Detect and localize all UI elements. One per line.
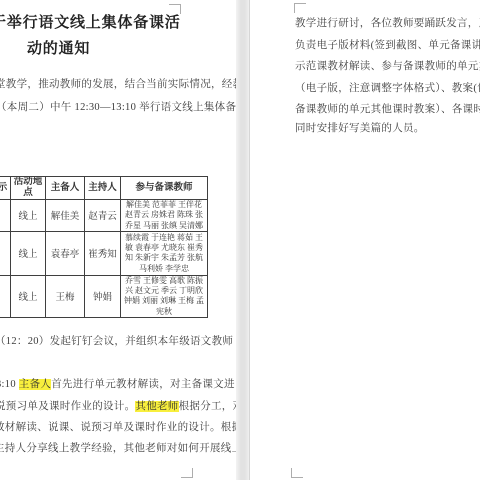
table-header-row: 示 活动地点 主备人 主持人 参与备课教师: [0, 177, 208, 200]
margin-cropmark-right-page-bottom: [291, 468, 303, 478]
table-header-host: 主持人: [85, 177, 121, 200]
table-header-preparer: 主备人: [46, 177, 85, 200]
page-gap: [236, 0, 250, 480]
table-cell-clipped: [0, 200, 11, 232]
paragraph-other-teachers: 说预习单及课时作业的设计。其他老师根据分工，对: [0, 398, 236, 413]
margin-cropmark-left-page-top: [169, 4, 181, 14]
table-cell-clipped: [0, 231, 11, 275]
cell-preparer: 解佳美: [46, 200, 85, 232]
table-header-clipped: 示: [0, 177, 11, 200]
paragraph-intro-line2: （本周二）中午 12:30—13:10 举行语文线上集体备课: [0, 99, 236, 114]
paragraph-other-pre: 说预习单及课时作业的设计。: [0, 401, 135, 412]
paragraph-design: 教材解读、说课、说预习单及课时作业的设计。根据: [0, 419, 236, 434]
right-paragraph-line: 教学进行研讨，各位教师要踊跃发言，及时: [295, 15, 480, 30]
cell-location: 线上: [11, 200, 46, 232]
lesson-prep-schedule-table: 示 活动地点 主备人 主持人 参与备课教师 线上 解佳美 赵青云 解佳美 范菲菲…: [0, 176, 208, 318]
paragraph-share: 主持人分享线上教学经验，其他老师对如何开展线上: [0, 440, 236, 455]
cell-host: 钟娟: [85, 275, 121, 317]
paragraph-main-preparer: 3:10 主备人首先进行单元教材解读，对主备课文进: [0, 376, 235, 391]
margin-cropmark-left-page-bottom: [181, 468, 193, 478]
right-paragraph-line: 备课教师的单元其他课时教案）、各课时: [295, 101, 480, 116]
cell-preparer: 王梅: [46, 275, 85, 317]
table-row: 线上 袁春亭 崔秀知 慕续霞 于连艳 蒋茹 王敏 袁春亭 尤晓东 崔秀知 朱新宇…: [0, 231, 208, 275]
paragraph-other-post: 根据分工，对: [179, 401, 236, 412]
table-header-participants: 参与备课教师: [121, 177, 208, 200]
document-page-left[interactable]: 于举行语文线上集体备课活 动的通知 堂教学，推动教师的发展，结合当前实际情况，经…: [0, 0, 236, 480]
right-paragraph-line: （电子版，注意调整字体格式）、教案(包: [295, 80, 480, 95]
paragraph-main-post: 首先进行单元教材解读，对主备课文进: [51, 379, 235, 390]
table-row: 线上 解佳美 赵青云 解佳美 范菲菲 王伴花 赵青云 房姝君 陈珠 张乔星 马丽…: [0, 200, 208, 232]
table-row: 线上 王梅 钟娟 乔雪 王修雯 高歌 陈振兴 赵文元 季云 丁明欣 钟娟 刘丽 …: [0, 275, 208, 317]
cell-preparer: 袁春亭: [46, 231, 85, 275]
table-cell-clipped: [0, 275, 11, 317]
cell-participants: 解佳美 范菲菲 王伴花 赵青云 房姝君 陈珠 张乔星 马丽 张缜 吴清娜: [121, 200, 208, 232]
right-paragraph-line: 同时安排好写美篇的人员。: [295, 120, 425, 135]
cell-host: 赵青云: [85, 200, 121, 232]
doc-title-line1: 于举行语文线上集体备课活: [0, 11, 181, 32]
doc-title-line2: 动的通知: [27, 37, 90, 58]
cell-location: 线上: [11, 231, 46, 275]
right-paragraph-line: 负责电子版材料(签到截图、单元备课讲稿: [295, 37, 480, 52]
highlight-main-preparer: 主备人: [19, 379, 51, 390]
highlight-other-teachers: 其他老师: [135, 401, 178, 412]
cell-host: 崔秀知: [85, 231, 121, 275]
cell-participants: 乔雪 王修雯 高歌 陈振兴 赵文元 季云 丁明欣 钟娟 刘丽 刘琳 王梅 孟宪秋: [121, 275, 208, 317]
paragraph-main-pre: 3:10: [0, 379, 19, 390]
document-page-right[interactable]: 教学进行研讨，各位教师要踊跃发言，及时 负责电子版材料(签到截图、单元备课讲稿 …: [250, 0, 480, 480]
cell-participants: 慕续霞 于连艳 蒋茹 王敏 袁春亭 尤晓东 崔秀知 朱新宇 朱孟芳 张航 马利娇…: [121, 231, 208, 275]
paragraph-intro-line1: 堂教学，推动教师的发展，结合当前实际情况，经教: [0, 76, 236, 91]
paragraph-meeting: （12：20）发起钉钉会议，并组织本年级语文教师: [0, 333, 233, 348]
cell-location: 线上: [11, 275, 46, 317]
right-paragraph-line: 示范课教材解读、参与备课教师的单元其他: [295, 58, 480, 73]
margin-cropmark-right-page-top: [294, 3, 306, 13]
table-header-location: 活动地点: [11, 177, 46, 200]
